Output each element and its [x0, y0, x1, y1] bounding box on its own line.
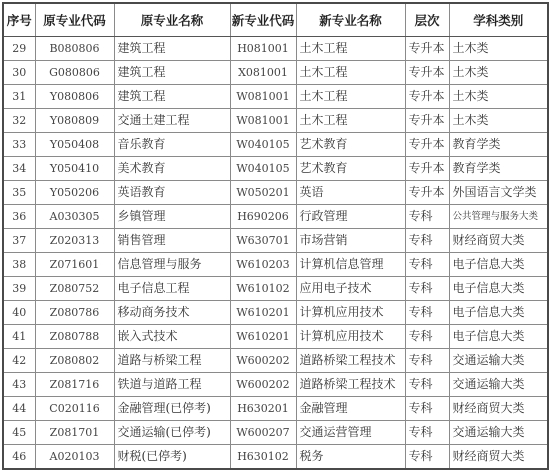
header-old-name: 原专业名称: [114, 3, 230, 37]
table-row: 34Y050410美术教育W040105艺术教育专升本教育学类: [3, 157, 548, 181]
cell-new-code: W040105: [230, 157, 296, 181]
cell-new-code: W600202: [230, 373, 296, 397]
cell-old-name: 建筑工程: [114, 85, 230, 109]
cell-serial-no: 44: [3, 397, 35, 421]
cell-level: 专科: [405, 445, 449, 470]
cell-old-code: A030305: [35, 205, 114, 229]
cell-serial-no: 35: [3, 181, 35, 205]
cell-old-code: G080806: [35, 61, 114, 85]
cell-category: 电子信息大类: [449, 325, 548, 349]
cell-new-name: 市场营销: [296, 229, 405, 253]
cell-old-code: Z080752: [35, 277, 114, 301]
cell-old-name: 音乐教育: [114, 133, 230, 157]
table-row: 37Z020313销售管理W630701市场营销专科财经商贸大类: [3, 229, 548, 253]
header-old-code: 原专业代码: [35, 3, 114, 37]
cell-level: 专科: [405, 277, 449, 301]
cell-level: 专科: [405, 205, 449, 229]
cell-new-code: H081001: [230, 37, 296, 61]
cell-serial-no: 31: [3, 85, 35, 109]
cell-new-code: W610102: [230, 277, 296, 301]
table-row: 42Z080802道路与桥梁工程W600202道路桥梁工程技术专科交通运输大类: [3, 349, 548, 373]
cell-category: 电子信息大类: [449, 301, 548, 325]
cell-new-name: 税务: [296, 445, 405, 470]
cell-new-name: 交通运营管理: [296, 421, 405, 445]
cell-old-code: Z080786: [35, 301, 114, 325]
cell-serial-no: 32: [3, 109, 35, 133]
cell-level: 专科: [405, 325, 449, 349]
cell-old-name: 道路与桥梁工程: [114, 349, 230, 373]
cell-old-code: B080806: [35, 37, 114, 61]
cell-old-code: Z020313: [35, 229, 114, 253]
cell-new-name: 土木工程: [296, 37, 405, 61]
cell-new-name: 土木工程: [296, 61, 405, 85]
cell-category: 教育学类: [449, 133, 548, 157]
table-row: 29B080806建筑工程H081001土木工程专升本土木类: [3, 37, 548, 61]
cell-new-name: 土木工程: [296, 85, 405, 109]
cell-level: 专升本: [405, 37, 449, 61]
cell-old-name: 金融管理(已停考): [114, 397, 230, 421]
cell-old-name: 交通土建工程: [114, 109, 230, 133]
cell-new-name: 计算机应用技术: [296, 301, 405, 325]
cell-serial-no: 38: [3, 253, 35, 277]
cell-old-name: 乡镇管理: [114, 205, 230, 229]
header-level: 层次: [405, 3, 449, 37]
cell-serial-no: 43: [3, 373, 35, 397]
cell-new-name: 土木工程: [296, 109, 405, 133]
cell-serial-no: 36: [3, 205, 35, 229]
table-row: 38Z071601信息管理与服务W610203计算机信息管理专科电子信息大类: [3, 253, 548, 277]
table-row: 45Z081701交通运输(已停考)W600207交通运营管理专科交通运输大类: [3, 421, 548, 445]
cell-new-code: X081001: [230, 61, 296, 85]
cell-old-name: 铁道与道路工程: [114, 373, 230, 397]
cell-new-name: 英语: [296, 181, 405, 205]
cell-serial-no: 40: [3, 301, 35, 325]
cell-new-name: 道路桥梁工程技术: [296, 373, 405, 397]
cell-category: 电子信息大类: [449, 253, 548, 277]
cell-old-code: Y050206: [35, 181, 114, 205]
cell-category: 公共管理与服务大类: [449, 205, 548, 229]
table-row: 46A020103财税(已停考)H630102税务专科财经商贸大类: [3, 445, 548, 470]
cell-category: 电子信息大类: [449, 277, 548, 301]
header-serial-no: 序号: [3, 3, 35, 37]
cell-category: 财经商贸大类: [449, 445, 548, 470]
cell-old-code: Y080809: [35, 109, 114, 133]
cell-new-code: W610203: [230, 253, 296, 277]
cell-serial-no: 30: [3, 61, 35, 85]
table-body: 29B080806建筑工程H081001土木工程专升本土木类30G080806建…: [3, 37, 548, 470]
cell-category: 交通运输大类: [449, 421, 548, 445]
cell-new-code: W050201: [230, 181, 296, 205]
table-row: 33Y050408音乐教育W040105艺术教育专升本教育学类: [3, 133, 548, 157]
cell-old-code: Z081701: [35, 421, 114, 445]
table-row: 36A030305乡镇管理H690206行政管理专科公共管理与服务大类: [3, 205, 548, 229]
table-header-row: 序号 原专业代码 原专业名称 新专业代码 新专业名称 层次 学科类别: [3, 3, 548, 37]
cell-old-code: Z071601: [35, 253, 114, 277]
table-row: 39Z080752电子信息工程W610102应用电子技术专科电子信息大类: [3, 277, 548, 301]
cell-level: 专科: [405, 373, 449, 397]
cell-old-code: Y080806: [35, 85, 114, 109]
cell-old-name: 交通运输(已停考): [114, 421, 230, 445]
cell-new-code: W081001: [230, 109, 296, 133]
cell-new-code: W610201: [230, 325, 296, 349]
cell-new-name: 艺术教育: [296, 157, 405, 181]
cell-category: 土木类: [449, 85, 548, 109]
cell-new-name: 应用电子技术: [296, 277, 405, 301]
header-new-code: 新专业代码: [230, 3, 296, 37]
cell-new-code: H690206: [230, 205, 296, 229]
cell-level: 专科: [405, 253, 449, 277]
cell-old-code: Z080788: [35, 325, 114, 349]
cell-new-code: W600202: [230, 349, 296, 373]
cell-old-code: A020103: [35, 445, 114, 470]
cell-level: 专升本: [405, 133, 449, 157]
cell-serial-no: 39: [3, 277, 35, 301]
cell-serial-no: 45: [3, 421, 35, 445]
cell-old-name: 信息管理与服务: [114, 253, 230, 277]
cell-category: 土木类: [449, 109, 548, 133]
cell-category: 交通运输大类: [449, 373, 548, 397]
cell-old-code: C020116: [35, 397, 114, 421]
cell-serial-no: 46: [3, 445, 35, 470]
cell-level: 专科: [405, 301, 449, 325]
cell-old-name: 销售管理: [114, 229, 230, 253]
cell-old-code: Y050410: [35, 157, 114, 181]
table-row: 35Y050206英语教育W050201英语专升本外国语言文学类: [3, 181, 548, 205]
cell-level: 专升本: [405, 181, 449, 205]
cell-new-code: W630701: [230, 229, 296, 253]
cell-old-name: 美术教育: [114, 157, 230, 181]
cell-level: 专升本: [405, 61, 449, 85]
cell-category: 土木类: [449, 37, 548, 61]
cell-new-code: W040105: [230, 133, 296, 157]
cell-old-name: 建筑工程: [114, 61, 230, 85]
cell-category: 外国语言文学类: [449, 181, 548, 205]
cell-new-name: 计算机信息管理: [296, 253, 405, 277]
table-row: 41Z080788嵌入式技术W610201计算机应用技术专科电子信息大类: [3, 325, 548, 349]
header-new-name: 新专业名称: [296, 3, 405, 37]
table-row: 44C020116金融管理(已停考)H630201金融管理专科财经商贸大类: [3, 397, 548, 421]
cell-old-code: Z081716: [35, 373, 114, 397]
cell-new-code: H630102: [230, 445, 296, 470]
cell-category: 交通运输大类: [449, 349, 548, 373]
cell-serial-no: 37: [3, 229, 35, 253]
cell-new-code: W081001: [230, 85, 296, 109]
cell-category: 教育学类: [449, 157, 548, 181]
cell-old-code: Y050408: [35, 133, 114, 157]
cell-serial-no: 34: [3, 157, 35, 181]
cell-level: 专科: [405, 229, 449, 253]
cell-new-name: 计算机应用技术: [296, 325, 405, 349]
cell-new-code: W600207: [230, 421, 296, 445]
cell-new-code: W610201: [230, 301, 296, 325]
cell-category: 财经商贸大类: [449, 397, 548, 421]
cell-level: 专升本: [405, 157, 449, 181]
cell-serial-no: 29: [3, 37, 35, 61]
cell-serial-no: 41: [3, 325, 35, 349]
major-mapping-table: 序号 原专业代码 原专业名称 新专业代码 新专业名称 层次 学科类别 29B08…: [2, 2, 549, 470]
cell-level: 专升本: [405, 85, 449, 109]
table-row: 32Y080809交通土建工程W081001土木工程专升本土木类: [3, 109, 548, 133]
cell-new-name: 金融管理: [296, 397, 405, 421]
major-mapping-table-container: 序号 原专业代码 原专业名称 新专业代码 新专业名称 层次 学科类别 29B08…: [2, 2, 547, 470]
cell-old-code: Z080802: [35, 349, 114, 373]
cell-old-name: 建筑工程: [114, 37, 230, 61]
cell-old-name: 英语教育: [114, 181, 230, 205]
cell-category: 土木类: [449, 61, 548, 85]
table-row: 43Z081716铁道与道路工程W600202道路桥梁工程技术专科交通运输大类: [3, 373, 548, 397]
header-category: 学科类别: [449, 3, 548, 37]
cell-new-name: 行政管理: [296, 205, 405, 229]
cell-category: 财经商贸大类: [449, 229, 548, 253]
cell-level: 专科: [405, 349, 449, 373]
cell-old-name: 财税(已停考): [114, 445, 230, 470]
cell-level: 专科: [405, 421, 449, 445]
cell-new-name: 道路桥梁工程技术: [296, 349, 405, 373]
table-row: 31Y080806建筑工程W081001土木工程专升本土木类: [3, 85, 548, 109]
table-row: 30G080806建筑工程X081001土木工程专升本土木类: [3, 61, 548, 85]
table-row: 40Z080786移动商务技术W610201计算机应用技术专科电子信息大类: [3, 301, 548, 325]
cell-serial-no: 42: [3, 349, 35, 373]
cell-old-name: 嵌入式技术: [114, 325, 230, 349]
cell-serial-no: 33: [3, 133, 35, 157]
cell-level: 专升本: [405, 109, 449, 133]
cell-level: 专科: [405, 397, 449, 421]
cell-new-code: H630201: [230, 397, 296, 421]
cell-new-name: 艺术教育: [296, 133, 405, 157]
cell-old-name: 电子信息工程: [114, 277, 230, 301]
cell-old-name: 移动商务技术: [114, 301, 230, 325]
